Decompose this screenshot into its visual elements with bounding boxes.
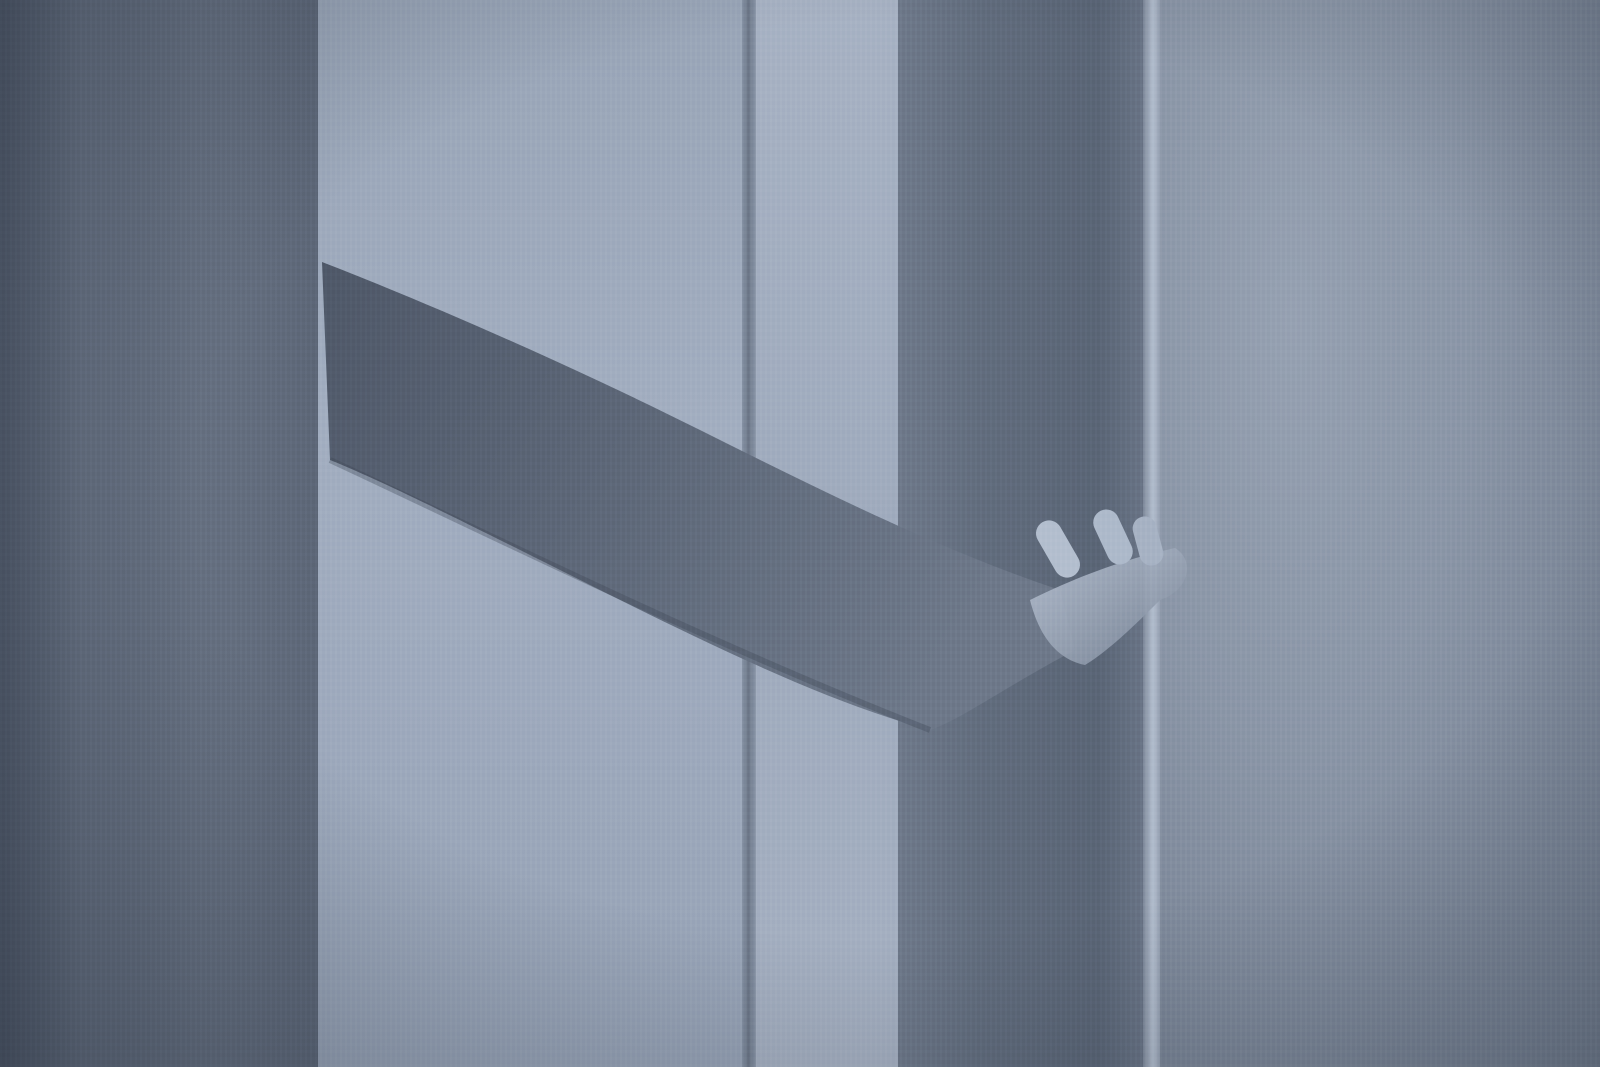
photograph — [0, 0, 1600, 1067]
vignette-overlay — [0, 0, 1600, 1067]
